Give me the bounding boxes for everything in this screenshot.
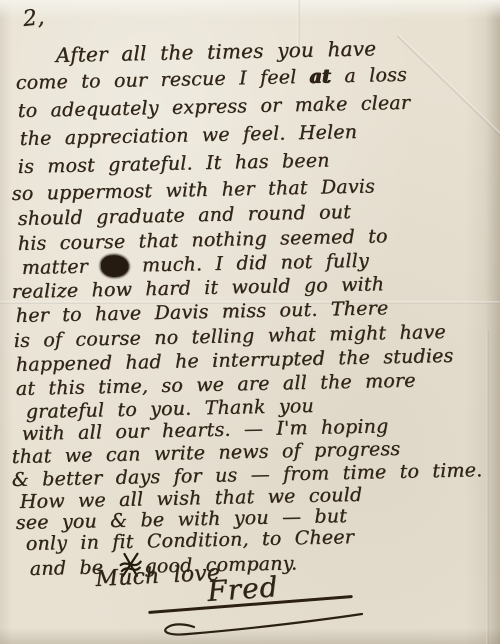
letter-line-text: matter [22, 255, 102, 279]
letter-line: should graduate and round out [18, 202, 352, 229]
letter-line: at this time, so we are all the more [16, 371, 416, 399]
signature-flourish [148, 606, 368, 642]
letter-line-text: much. I did not fully [129, 250, 370, 277]
letter-line: is most grateful. It has been [18, 150, 330, 177]
letter-line: to adequately express or make clear [18, 93, 411, 121]
page-number: 2, [22, 8, 45, 30]
letter-line: the appreciation we feel. Helen [20, 122, 358, 149]
paper-crease-diagonal [397, 34, 500, 140]
letter-line-text: a loss [331, 64, 407, 88]
letter-page: 2, After all the times you have come to … [0, 0, 500, 644]
letter-line: After all the times you have [56, 38, 377, 65]
letter-line: come to our rescue I feel at a loss [16, 65, 408, 93]
letter-line: so uppermost with her that Davis [12, 176, 376, 204]
overwritten-word: at [309, 65, 331, 87]
paper-crease-vertical-right [486, 330, 489, 644]
letter-line-text: come to our rescue I feel [16, 66, 310, 94]
letter-line: her to have Davis miss out. There [16, 298, 389, 326]
ink-blot: so [101, 255, 129, 278]
signature: Fred [207, 577, 280, 602]
closing: Much love [95, 564, 221, 590]
